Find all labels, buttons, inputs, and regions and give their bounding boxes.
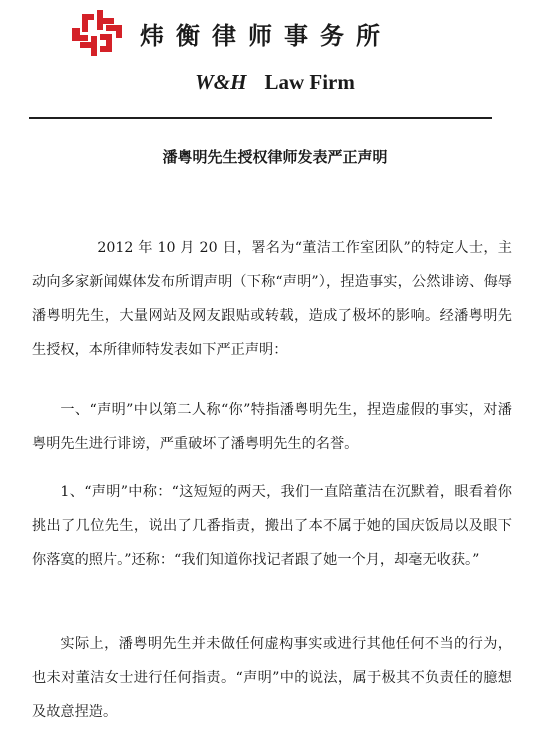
paragraph-intro: 2012 年 10 月 20 日，署名为“董洁工作室团队”的特定人士，主动向多家… — [32, 231, 512, 367]
paragraph-point-one: 一、“声明”中以第二人称“你”特指潘粤明先生，捏造虚假的事实，对潘粤明先生进行诽… — [32, 393, 512, 461]
firm-name-english: W&HLaw Firm — [0, 70, 550, 95]
document-title: 潘粤明先生授权律师发表严正声明 — [0, 146, 550, 167]
firm-name-chinese: 炜衡律师事务所 — [140, 16, 392, 51]
paragraph-rebuttal: 实际上，潘粤明先生并未做任何虚构事实或进行其他任何不当的行为，也未对董洁女士进行… — [32, 627, 512, 729]
letterhead: 炜衡律师事务所 W&HLaw Firm — [0, 0, 550, 120]
paragraph-point-one-sub-1: 1、“声明”中称：“这短短的两天，我们一直陪董洁在沉默着，眼看着你挑出了几位先生… — [32, 475, 512, 577]
firm-name-en-text: Law Firm — [264, 70, 354, 94]
letterhead-divider — [29, 117, 492, 119]
firm-logo-icon — [70, 8, 124, 58]
firm-abbreviation: W&H — [195, 70, 246, 94]
